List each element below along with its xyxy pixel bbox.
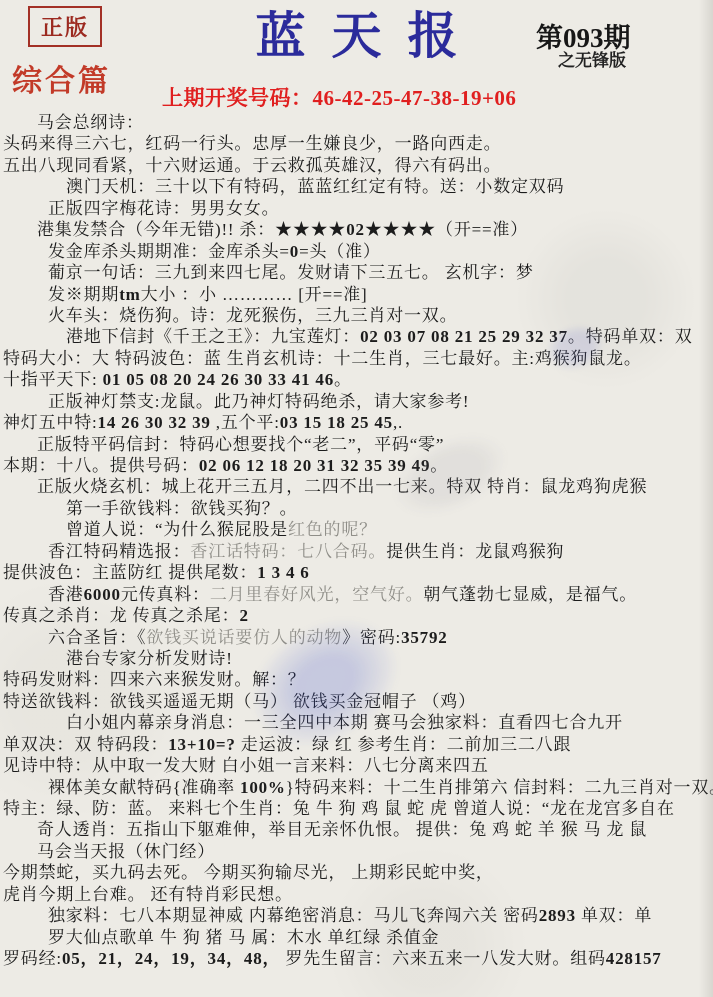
text-segment: 100% <box>240 778 286 797</box>
text-segment: 正版四字梅花诗：男男女女。 <box>48 199 279 218</box>
text-segment: 提供生肖：龙鼠鸡猴狗 <box>386 542 564 561</box>
text-line: 五出八现同看紧，十六财运通。于云救孤英雄汉，得六有码出。 <box>0 155 713 176</box>
text-segment: ,. <box>393 413 403 432</box>
text-lines: 马会总纲诗：头码来得三六七，红码一行头。忠厚一生嫌良少，一路向西走。五出八现同看… <box>0 112 713 970</box>
text-segment: 欲钱买说话要仿人的动物 <box>146 628 342 647</box>
text-segment: 罗码经: <box>3 949 62 968</box>
text-line: 港台专家分析发财诗! <box>0 648 713 669</box>
text-line: 特送欲钱料：欲钱买遥遥无期（马） 欲钱买金冠帽子 （鸡） <box>0 691 713 712</box>
text-segment: 葡京一句话：三九到来四七尾。发财请下三五七。 玄机字：梦 <box>48 263 534 282</box>
last-draw-numbers: 上期开奖号码：46-42-25-47-38-19+06 <box>162 82 516 112</box>
text-segment: 神灯五中特: <box>3 413 98 432</box>
text-segment: 曾道人说：“为什么猴屁股是 <box>66 520 288 539</box>
text-line: 正版火烧玄机：城上花开三五月，二四不出一七来。特双 特肖：鼠龙鸡狗虎猴 <box>0 476 713 497</box>
text-segment: ★★★★（开==准） <box>365 220 528 239</box>
text-segment: 发金库杀头期期准：金库杀头= <box>48 242 290 261</box>
text-segment: =头（准） <box>299 242 381 261</box>
text-segment: 03 15 18 25 45 <box>280 413 393 432</box>
text-line: 正版特平码信封：特码心想要找个“老二”，平码“零” <box>0 434 713 455</box>
text-line: 罗码经:05，21，24，19，34，48， 罗先生留言：六来五来一八发大财。组… <box>0 948 713 969</box>
text-segment: 罗大仙点歌单 牛 狗 猪 马 属：木水 单红绿 杀值金 <box>48 928 439 947</box>
newspaper-page: 正版 蓝天报 第093期 之无锋版 综合篇 上期开奖号码：46-42-25-47… <box>0 0 713 997</box>
text-segment: ,五个平: <box>211 413 280 432</box>
text-segment: 2 <box>239 606 248 625</box>
text-segment: 05，21，24，19，34，48， <box>62 949 280 968</box>
text-line: 传真之杀肖：龙 传真之杀尾：2 <box>0 605 713 626</box>
text-segment: 裸体美女献特码{准确率 <box>48 778 240 797</box>
text-segment: 头码来得三六七，红码一行头。忠厚一生嫌良少，一路向西走。 <box>3 134 501 153</box>
text-segment: 元传真料： <box>121 585 210 604</box>
text-segment: 澳门天机：三十以下有特码，蓝蓝红红定有特。送：小数定双码 <box>66 177 564 196</box>
text-line: 头码来得三六七，红码一行头。忠厚一生嫌良少，一路向西走。 <box>0 133 713 154</box>
text-segment: }特码来料：十二生肖排第六 信封料：二九三肖对一双。 <box>286 778 713 797</box>
text-segment: 港台专家分析发财诗! <box>66 649 233 668</box>
text-line: 见诗中特：从中取一发大财 白小姐一言来料：八七分离来四五 <box>0 755 713 776</box>
text-line: 曾道人说：“为什么猴屁股是红色的呢？ <box>0 519 713 540</box>
text-segment: 港集发禁合（今年无错)!! 杀：★★★★ <box>37 220 346 239</box>
text-segment: tm <box>119 285 140 304</box>
text-segment: 1 3 4 6 <box>257 563 309 582</box>
text-segment: 02 <box>346 220 365 239</box>
text-line: 正版四字梅花诗：男男女女。 <box>0 198 713 219</box>
section-title: 综合篇 <box>12 56 111 100</box>
text-segment: 0 <box>290 242 299 261</box>
text-segment: 传真之杀肖：龙 传真之杀尾： <box>3 606 239 625</box>
page-header: 正版 蓝天报 第093期 之无锋版 综合篇 上期开奖号码：46-42-25-47… <box>0 0 713 113</box>
text-segment: 正版特平码信封：特码心想要找个“老二”，平码“零” <box>37 435 444 454</box>
text-line: 马会当天报（休门经） <box>0 841 713 862</box>
text-segment: 红色的呢？ <box>288 520 377 539</box>
text-line: 虎肖今期上台难。 还有特肖彩民想。 <box>0 884 713 905</box>
text-segment: 港地下信封《千王之王》：九宝莲灯： <box>66 327 360 346</box>
text-segment: 02 03 07 08 21 25 29 32 37 <box>360 327 568 346</box>
text-segment: 香江话特码：七八合码。 <box>190 542 386 561</box>
text-segment: 大小 ：小 ………… [开==准] <box>141 285 368 304</box>
text-segment: 提供波色：主蓝防红 提供尾数： <box>3 563 257 582</box>
text-line: 罗大仙点歌单 牛 狗 猪 马 属：木水 单红绿 杀值金 <box>0 927 713 948</box>
text-segment: 。特码单双：双 <box>568 327 693 346</box>
text-segment: 35792 <box>401 628 448 647</box>
text-segment: 第一手欲钱料：欲钱买狗？。 <box>66 499 297 518</box>
text-segment: 五出八现同看紧，十六财运通。于云救孤英雄汉，得六有码出。 <box>3 156 501 175</box>
text-segment: 6000 <box>84 585 121 604</box>
text-segment: 特码大小：大 特码波色：蓝 生肖玄机诗：十二生肖，三七最好。主:鸡猴狗鼠龙。 <box>3 349 642 368</box>
page-title: 蓝天报 <box>230 0 484 68</box>
text-segment: 十指平天下: <box>3 370 103 389</box>
text-segment: 香江特码精选报： <box>48 542 190 561</box>
text-line: 香港6000元传真料：二月里春好风光，空气好。朝气蓬勃七显威，是福气。 <box>0 584 713 605</box>
text-segment: 发※期期 <box>48 285 119 304</box>
text-segment: 香港 <box>48 585 84 604</box>
genuine-badge: 正版 <box>28 6 102 47</box>
text-line: 香江特码精选报：香江话特码：七八合码。提供生肖：龙鼠鸡猴狗 <box>0 541 713 562</box>
text-segment: 单双：单 <box>576 906 652 925</box>
scan-edge-shadow <box>699 0 713 997</box>
text-segment: 马会当天报（休门经） <box>37 842 215 861</box>
text-segment: 2893 <box>539 906 576 925</box>
text-segment: 。 <box>430 456 448 475</box>
text-segment: 六合圣旨：《 <box>48 628 146 647</box>
text-segment: 14 26 30 32 39 <box>98 413 211 432</box>
text-line: 正版神灯禁支:龙鼠。此乃神灯特码绝杀，请大家参考! <box>0 391 713 412</box>
text-line: 火车头：烧伤狗。诗：龙死猴伤，三九三肖对一双。 <box>0 305 713 326</box>
text-segment: 》密码: <box>342 628 401 647</box>
text-line: 白小姐内幕亲身消息：一三全四中本期 赛马会独家料：直看四七合九开 <box>0 712 713 733</box>
text-segment: 13+10=? <box>168 735 235 754</box>
text-line: 单双决：双 特码段：13+10=? 走运波：绿 红 参考生肖：二前加三二八跟 <box>0 734 713 755</box>
text-segment: 正版火烧玄机：城上花开三五月，二四不出一七来。特双 特肖：鼠龙鸡狗虎猴 <box>37 477 647 496</box>
text-segment: 今期禁蛇，买九码去死。 今期买狗输尽光， 上期彩民蛇中奖， <box>3 863 494 882</box>
text-line: 裸体美女献特码{准确率 100%}特码来料：十二生肖排第六 信封料：二九三肖对一… <box>0 777 713 798</box>
text-segment: 02 06 12 18 20 31 32 35 39 49 <box>199 456 430 475</box>
text-segment: 白小姐内幕亲身消息：一三全四中本期 赛马会独家料：直看四七合九开 <box>66 713 623 732</box>
text-line: 独家料：七八本期显神威 内幕绝密消息：马儿飞奔闯六关 密码2893 单双：单 <box>0 905 713 926</box>
text-segment: 01 05 08 20 24 26 30 33 41 46 <box>103 370 334 389</box>
text-segment: 独家料：七八本期显神威 内幕绝密消息：马儿飞奔闯六关 密码 <box>48 906 539 925</box>
text-line: 马会总纲诗： <box>0 112 713 133</box>
text-segment: 罗先生留言：六来五来一八发大财。组码 <box>280 949 605 968</box>
text-line: 发※期期tm大小 ：小 ………… [开==准] <box>0 284 713 305</box>
text-line: 提供波色：主蓝防红 提供尾数：1 3 4 6 <box>0 562 713 583</box>
text-line: 特码发财料：四来六来猴发财。解：？ <box>0 669 713 690</box>
text-line: 十指平天下: 01 05 08 20 24 26 30 33 41 46。 <box>0 369 713 390</box>
text-segment: 。 <box>334 370 352 389</box>
text-line: 特主：绿、防：蓝。 来料七个生肖：兔 牛 狗 鸡 鼠 蛇 虎 曾道人说：“龙在龙… <box>0 798 713 819</box>
text-segment: 朝气蓬勃七显威，是福气。 <box>423 585 637 604</box>
text-segment: 走运波：绿 红 参考生肖：二前加三二八跟 <box>236 735 572 754</box>
text-segment: 火车头：烧伤狗。诗：龙死猴伤，三九三肖对一双。 <box>48 306 457 325</box>
text-line: 本期：十八。提供号码：02 06 12 18 20 31 32 35 39 49… <box>0 455 713 476</box>
text-segment: 特主：绿、防：蓝。 来料七个生肖：兔 牛 狗 鸡 鼠 蛇 虎 曾道人说：“龙在龙… <box>3 799 675 818</box>
text-segment: 见诗中特：从中取一发大财 白小姐一言来料：八七分离来四五 <box>3 756 489 775</box>
text-line: 澳门天机：三十以下有特码，蓝蓝红红定有特。送：小数定双码 <box>0 176 713 197</box>
text-segment: 虎肖今期上台难。 还有特肖彩民想。 <box>3 885 293 904</box>
text-segment: 特送欲钱料：欲钱买遥遥无期（马） 欲钱买金冠帽子 （鸡） <box>3 692 476 711</box>
text-segment: 特码发财料：四来六来猴发财。解：？ <box>3 670 306 689</box>
text-line: 葡京一句话：三九到来四七尾。发财请下三五七。 玄机字：梦 <box>0 262 713 283</box>
text-line: 神灯五中特:14 26 30 32 39 ,五个平:03 15 18 25 45… <box>0 412 713 433</box>
text-segment: 单双决：双 特码段： <box>3 735 168 754</box>
text-segment: 正版神灯禁支:龙鼠。此乃神灯特码绝杀，请大家参考! <box>48 392 469 411</box>
text-segment: 奇人透肖：五指山下躯难伸，举目无亲怀仇恨。 提供：兔 鸡 蛇 羊 猴 马 龙 鼠 <box>37 820 647 839</box>
text-segment: 马会总纲诗： <box>37 113 144 132</box>
text-line: 第一手欲钱料：欲钱买狗？。 <box>0 498 713 519</box>
text-segment: 428157 <box>606 949 662 968</box>
text-line: 港地下信封《千王之王》：九宝莲灯：02 03 07 08 21 25 29 32… <box>0 326 713 347</box>
text-line: 特码大小：大 特码波色：蓝 生肖玄机诗：十二生肖，三七最好。主:鸡猴狗鼠龙。 <box>0 348 713 369</box>
text-line: 发金库杀头期期准：金库杀头=0=头（准） <box>0 241 713 262</box>
edition-label: 之无锋版 <box>558 46 626 71</box>
text-line: 六合圣旨：《欲钱买说话要仿人的动物》密码:35792 <box>0 627 713 648</box>
text-line: 今期禁蛇，买九码去死。 今期买狗输尽光， 上期彩民蛇中奖， <box>0 862 713 883</box>
text-line: 奇人透肖：五指山下躯难伸，举目无亲怀仇恨。 提供：兔 鸡 蛇 羊 猴 马 龙 鼠 <box>0 819 713 840</box>
text-segment: 本期：十八。提供号码： <box>3 456 199 475</box>
text-segment: 二月里春好风光，空气好。 <box>210 585 424 604</box>
text-line: 港集发禁合（今年无错)!! 杀：★★★★02★★★★（开==准） <box>0 219 713 240</box>
